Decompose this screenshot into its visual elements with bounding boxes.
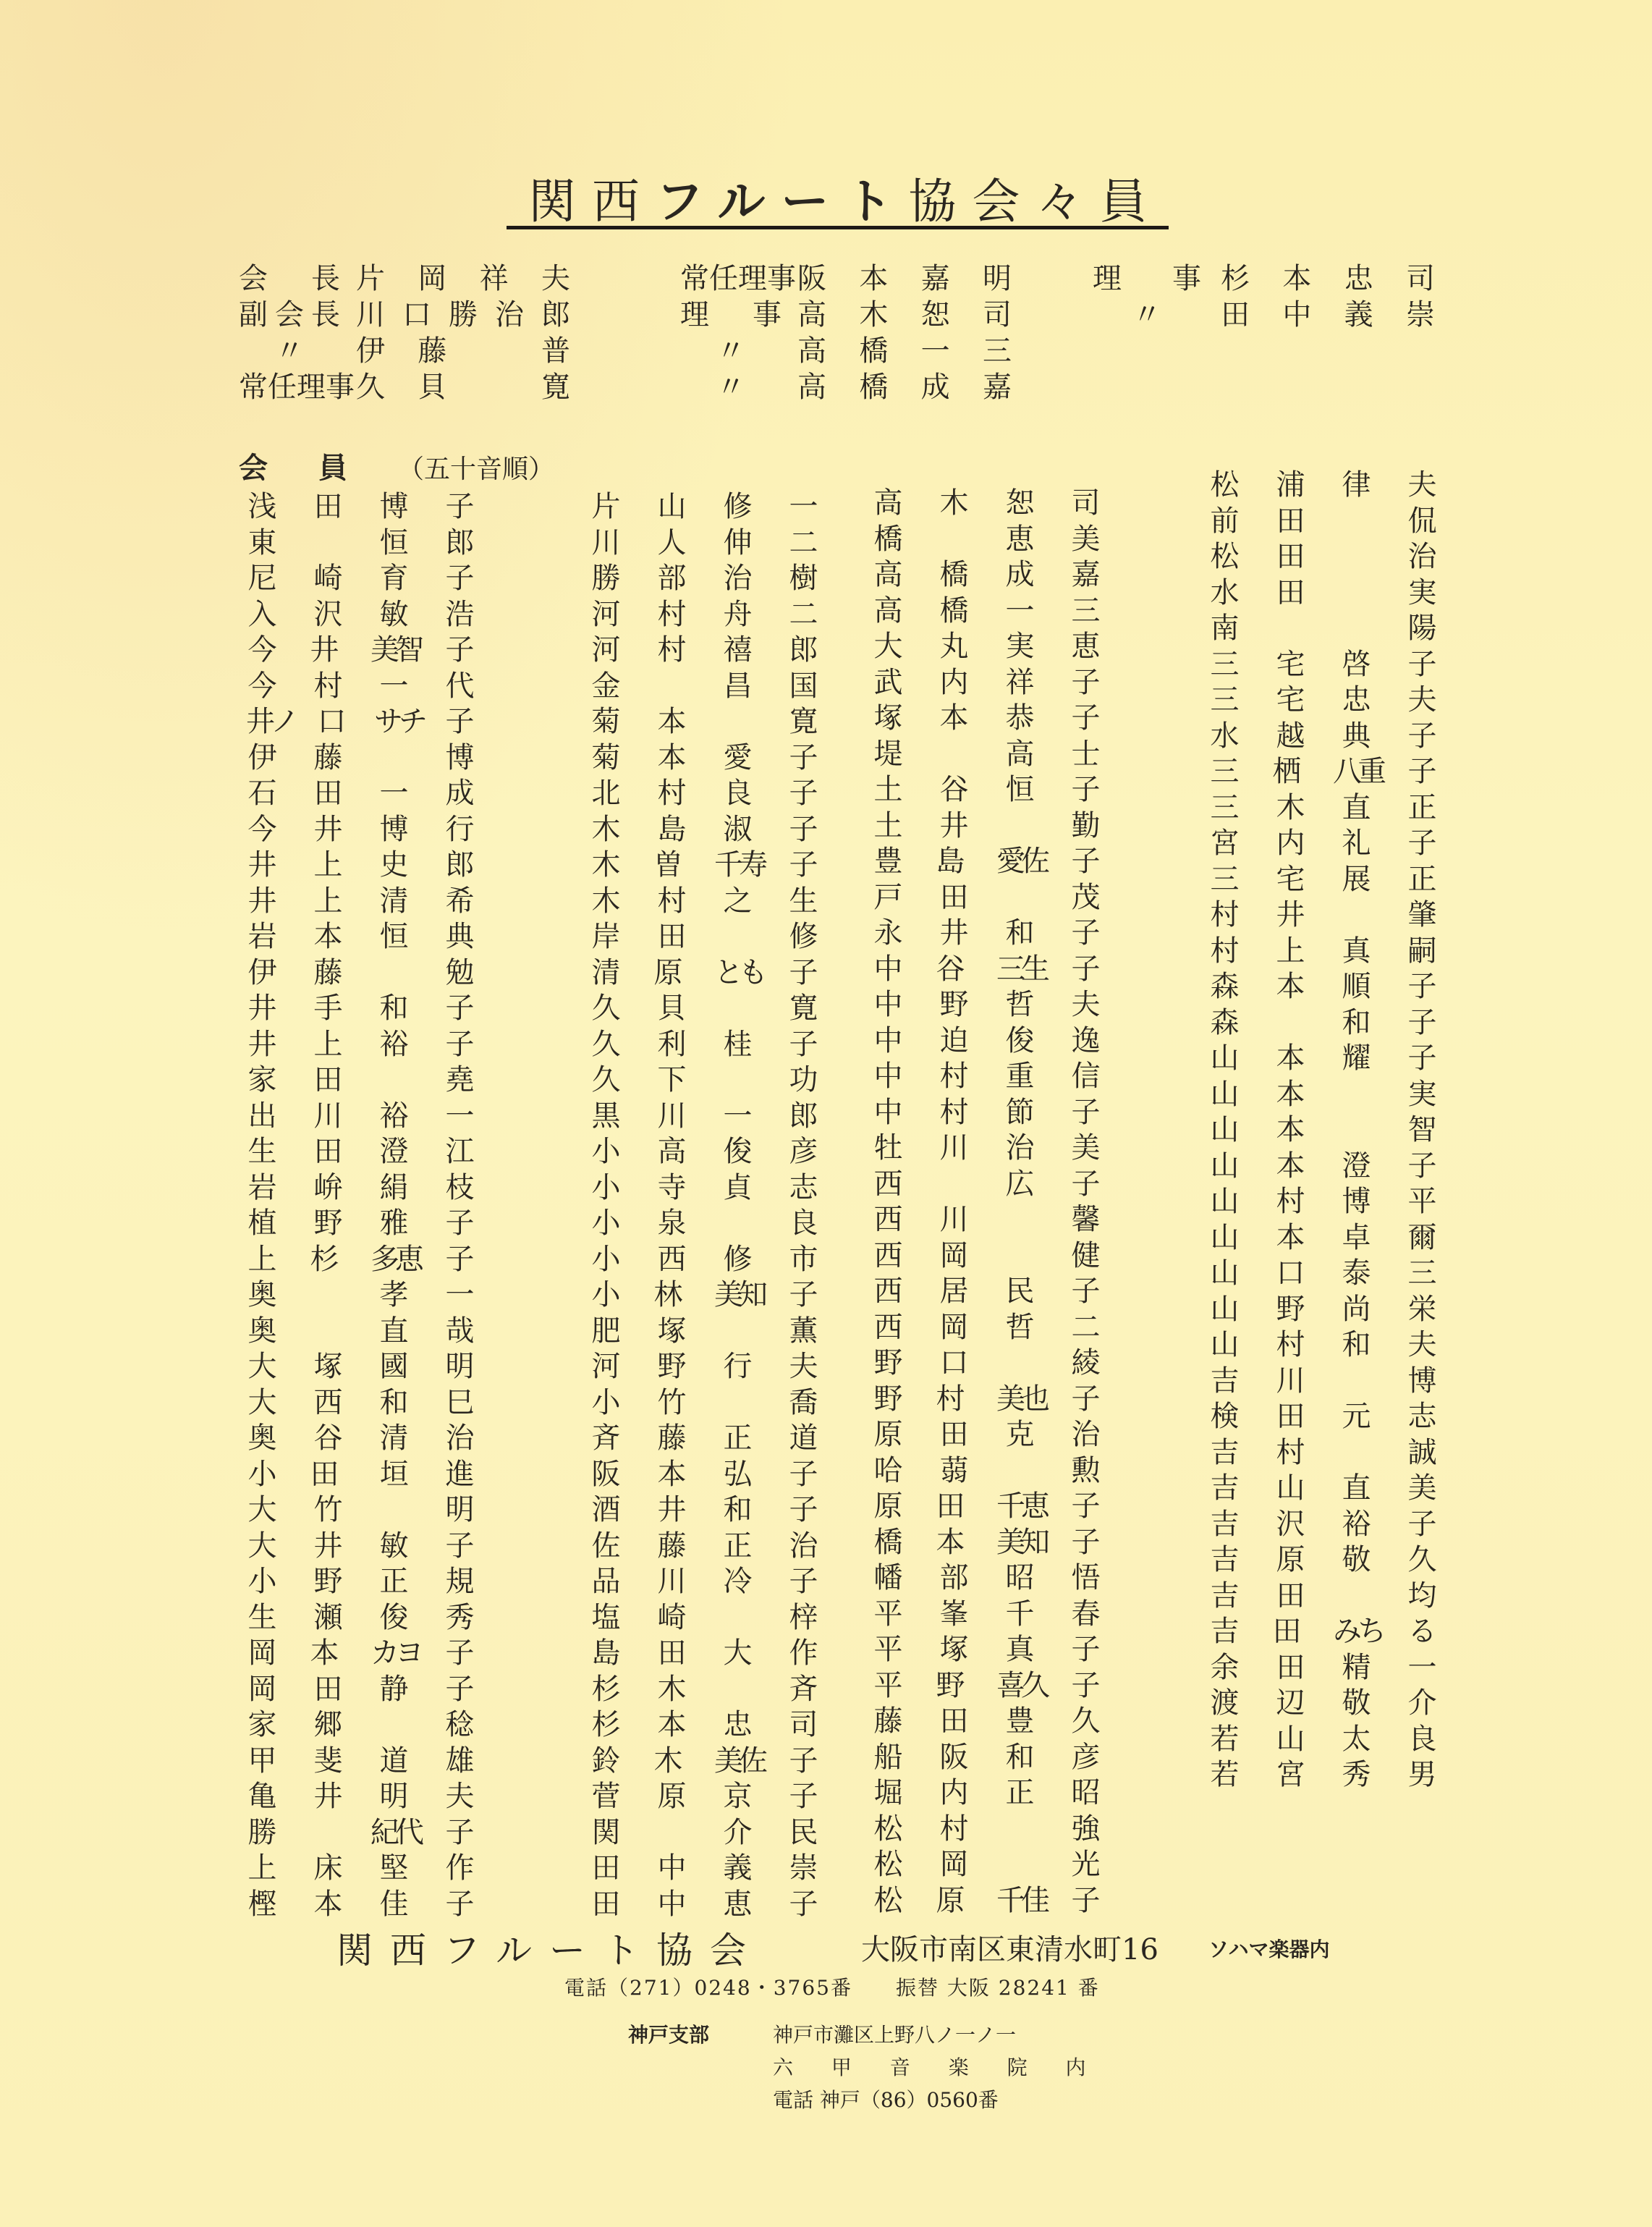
- member-name: 浅田博子: [246, 489, 476, 525]
- member-name: 井手和子: [246, 990, 476, 1026]
- officer-name: 田中義崇: [1219, 297, 1436, 333]
- member-name: 橋本美知子: [872, 1524, 1102, 1560]
- member-name: 大塚國明: [246, 1348, 476, 1385]
- member-name: 伊藤 博: [246, 740, 476, 776]
- member-name: 清原とも子: [590, 955, 820, 991]
- member-name: 野口 綾: [872, 1345, 1102, 1381]
- member-name: 松原千佳子: [872, 1882, 1102, 1919]
- member-name: 塩崎 梓: [590, 1600, 820, 1636]
- member-name: 吉原敬久: [1208, 1542, 1439, 1578]
- member-name: 岡本カヨ子: [246, 1635, 476, 1671]
- member-name: 戸田 茂: [872, 879, 1102, 916]
- kobe-branch-telephone: 電話 神戸（86）0560番: [773, 2084, 999, 2113]
- member-name: 生瀬俊秀: [246, 1600, 476, 1636]
- member-name: 三宅啓子: [1208, 646, 1439, 683]
- officer-name: 高橋成嘉: [796, 369, 1013, 405]
- member-name: 小田垣 進: [246, 1456, 476, 1492]
- member-name: 斉藤正道: [590, 1420, 820, 1456]
- member-name: 関 介民: [590, 1814, 820, 1851]
- member-name: 堤 高士: [872, 736, 1102, 772]
- member-name: 若山太良: [1208, 1721, 1439, 1757]
- member-name: 島田大作: [590, 1635, 820, 1671]
- member-name: 南 陽: [1208, 610, 1439, 646]
- members-heading-label: 会員: [239, 452, 398, 485]
- officer-name: 川口勝治郎: [355, 297, 572, 333]
- member-name: 小林美知子: [590, 1277, 820, 1313]
- member-name: 河野行夫: [590, 1348, 820, 1385]
- member-name: 塚本恭子: [872, 700, 1102, 736]
- member-name: 吉田みちる: [1208, 1613, 1439, 1649]
- member-name: 佐藤正治: [590, 1528, 820, 1564]
- officer-role: 〃: [680, 369, 781, 405]
- officer-name: 高木恕司: [796, 297, 1013, 333]
- member-name: 永井和子: [872, 915, 1102, 951]
- member-name: 水田 実: [1208, 575, 1439, 611]
- member-name: 高木恕司: [872, 485, 1102, 521]
- member-name: 杉木 斉: [590, 1671, 820, 1707]
- member-name: 大丸実恵: [872, 628, 1102, 664]
- footer-org-name: 関西フルート協会: [336, 1922, 763, 1974]
- member-name: 杉本忠司: [590, 1707, 820, 1743]
- member-name: 森 和子: [1208, 1005, 1439, 1041]
- member-name: 井上清希: [246, 883, 476, 919]
- member-name: 宮内礼子: [1208, 825, 1439, 861]
- member-name: 尼崎育子: [246, 560, 476, 596]
- footer-address-note: ソハマ楽器内: [1208, 1934, 1329, 1963]
- kobe-branch-address: 神戸市灘区上野八ノ一ノ一: [773, 2019, 1016, 2048]
- member-name: 井ノ口サチ子: [246, 703, 476, 740]
- member-name: 大西和巳: [246, 1385, 476, 1421]
- member-name: 前田 侃: [1208, 503, 1439, 539]
- member-name: 中村重信: [872, 1058, 1102, 1094]
- member-name: 森本順子: [1208, 968, 1439, 1005]
- member-name: 豊島愛佐子: [872, 843, 1102, 879]
- member-name: 今村一代: [246, 668, 476, 704]
- member-name: 中村節子: [872, 1094, 1102, 1131]
- member-name: 小西修市: [590, 1241, 820, 1277]
- member-name: 植野雅子: [246, 1205, 476, 1241]
- member-name: 土井 勤: [872, 808, 1102, 844]
- members-heading: 会員（五十音順）: [239, 445, 554, 486]
- member-name: 松浦律夫: [1208, 467, 1439, 503]
- officer-name: 伊藤 普: [355, 333, 572, 369]
- member-name: 菊本 寛: [590, 703, 820, 740]
- member-name: 菅原京子: [590, 1778, 820, 1814]
- member-name: 三栖八重子: [1208, 753, 1439, 790]
- member-name: 山野尚栄: [1208, 1291, 1439, 1327]
- officer-role: 〃: [680, 333, 781, 369]
- member-name: 東 恒郎: [246, 525, 476, 561]
- member-name: 中谷三生子: [872, 951, 1102, 987]
- member-name: 大井敏子: [246, 1528, 476, 1564]
- member-name: 川人伸二: [590, 525, 820, 561]
- member-name: 西 広子: [872, 1166, 1102, 1202]
- members-heading-note: （五十音順）: [398, 455, 554, 484]
- member-name: 吉沢裕子: [1208, 1506, 1439, 1542]
- member-name: 石田一成: [246, 775, 476, 811]
- member-name: 入沢敏浩: [246, 596, 476, 633]
- member-name: 西居民子: [872, 1273, 1102, 1309]
- member-name: 木島淑子: [590, 811, 820, 848]
- member-name: 久下 功: [590, 1062, 820, 1098]
- member-name: 高橋成嘉: [872, 557, 1102, 593]
- member-name: 三宅展正: [1208, 861, 1439, 897]
- member-name: 山村和夫: [1208, 1327, 1439, 1363]
- member-name: 肥塚 薫: [590, 1313, 820, 1349]
- member-name: 山本 実: [1208, 1076, 1439, 1112]
- kobe-branch-label: 神戸支部: [628, 2019, 709, 2048]
- member-name: 余田精一: [1208, 1649, 1439, 1686]
- member-name: 吉田 均: [1208, 1578, 1439, 1614]
- member-name: 村上真嗣: [1208, 933, 1439, 969]
- member-name: 岩峅絹枝: [246, 1170, 476, 1206]
- member-name: 西岡 健: [872, 1238, 1102, 1274]
- member-name: 鈴木美佐子: [590, 1743, 820, 1779]
- member-name: 松田 治: [1208, 538, 1439, 575]
- member-name: 西岡哲二: [872, 1309, 1102, 1345]
- officer-role: 会 長: [239, 261, 340, 297]
- member-name: 奥 直哉: [246, 1313, 476, 1349]
- member-name: 小寺貞志: [590, 1170, 820, 1206]
- member-name: 小野正規: [246, 1563, 476, 1600]
- member-name: 山口泰三: [1208, 1255, 1439, 1291]
- title-prefix: 関西: [528, 174, 656, 229]
- member-name: 菊本愛子: [590, 740, 820, 776]
- member-name: 勝部治樹: [590, 560, 820, 596]
- member-name: 阪本弘子: [590, 1456, 820, 1492]
- title-underline: [507, 226, 1169, 229]
- officer-role: 〃: [239, 333, 340, 369]
- member-name: 黒川一郎: [590, 1098, 820, 1134]
- member-name: 井上史郎: [246, 847, 476, 883]
- member-name: 山本耀子: [1208, 1040, 1439, 1076]
- member-name: 中野哲夫: [872, 986, 1102, 1023]
- member-name: 今井美智子: [246, 632, 476, 668]
- member-name: 木曽千寿子: [590, 847, 820, 883]
- member-name: 勝 紀代子: [246, 1814, 476, 1851]
- member-name: 平塚真子: [872, 1631, 1102, 1668]
- officer-name: 久貝 寛: [355, 369, 572, 405]
- member-name: 吉村 誠: [1208, 1434, 1439, 1471]
- member-name: 酒井和子: [590, 1492, 820, 1528]
- member-name: 三木直正: [1208, 790, 1439, 826]
- member-name: 船阪和彦: [872, 1739, 1102, 1775]
- member-name: 井上裕子: [246, 1026, 476, 1062]
- member-name: 岡田静子: [246, 1671, 476, 1707]
- member-name: 吉山直美: [1208, 1470, 1439, 1506]
- member-name: 武内祥子: [872, 664, 1102, 701]
- member-name: 片山修一: [590, 489, 820, 525]
- member-name: 小竹 喬: [590, 1385, 820, 1421]
- officer-name: 片岡祥夫: [355, 261, 572, 297]
- member-name: 木村之生: [590, 883, 820, 919]
- member-name: 渡辺敬介: [1208, 1685, 1439, 1721]
- member-name: 村井 肇: [1208, 897, 1439, 933]
- member-name: 亀井明夫: [246, 1778, 476, 1814]
- member-name: 岸田 修: [590, 918, 820, 955]
- title-suffix: 協会々員: [908, 174, 1163, 229]
- footer-telephone: 電話（271）0248・3765番 振替 大阪 28241 番: [564, 1972, 1100, 2001]
- officer-role: 常任理事: [680, 261, 781, 297]
- member-name: 生田澄江: [246, 1133, 476, 1170]
- member-name: 田中恵子: [590, 1886, 820, 1922]
- member-name: 橋 恵美: [872, 521, 1102, 557]
- member-name: 幡部昭悟: [872, 1560, 1102, 1596]
- page-title: 関西フルート協会々員: [528, 163, 1163, 232]
- officer-role: 理 事: [1093, 261, 1201, 297]
- member-name: 品川冷子: [590, 1563, 820, 1600]
- officer-role: 〃: [1093, 297, 1201, 333]
- officer-role: 常任理事: [239, 369, 340, 405]
- kobe-branch-venue: 六 甲 音 楽 院 内: [773, 2052, 1102, 2081]
- member-name: 大竹 明: [246, 1492, 476, 1528]
- member-name: 西川 馨: [872, 1201, 1102, 1238]
- member-name: 原田克治: [872, 1416, 1102, 1453]
- member-name: 甲斐道雄: [246, 1743, 476, 1779]
- member-name: 奥 孝一: [246, 1277, 476, 1313]
- member-name: 家郷 稔: [246, 1707, 476, 1743]
- member-name: 山本 智: [1208, 1112, 1439, 1148]
- member-name: 小高俊彦: [590, 1133, 820, 1170]
- member-name: 若宮秀男: [1208, 1757, 1439, 1793]
- member-name: 奥谷清治: [246, 1420, 476, 1456]
- member-name: 河村禧郎: [590, 632, 820, 668]
- member-name: 原田千恵子: [872, 1488, 1102, 1524]
- officer-name: 杉本忠司: [1219, 261, 1436, 297]
- member-name: 堀内正昭: [872, 1775, 1102, 1811]
- member-name: 哈蒻 勲: [872, 1453, 1102, 1489]
- member-name: 河村舟二: [590, 596, 820, 633]
- member-name: 牡川治美: [872, 1130, 1102, 1166]
- member-name: 岩本恒典: [246, 918, 476, 955]
- member-name: 久利桂子: [590, 1026, 820, 1062]
- member-name: 上床堅作: [246, 1850, 476, 1886]
- member-name: 高橋一三: [872, 593, 1102, 629]
- member-name: 久貝 寛: [590, 990, 820, 1026]
- member-name: 田中義崇: [590, 1850, 820, 1886]
- member-name: 平野喜久子: [872, 1668, 1102, 1704]
- member-name: 山村博平: [1208, 1183, 1439, 1220]
- member-name: 藤田豊久: [872, 1703, 1102, 1739]
- member-name: 平峯千春: [872, 1596, 1102, 1632]
- title-kana: フルート: [656, 174, 908, 229]
- member-name: 金 昌国: [590, 668, 820, 704]
- officer-name: 阪本嘉明: [796, 261, 1013, 297]
- member-name: 北村良子: [590, 775, 820, 811]
- member-name: 水越典子: [1208, 718, 1439, 754]
- member-name: 出川裕一: [246, 1098, 476, 1134]
- member-name: 松村 強: [872, 1811, 1102, 1847]
- member-name: 野村美也子: [872, 1381, 1102, 1417]
- member-name: 山本卓爾: [1208, 1220, 1439, 1256]
- footer-address: 大阪市南区東清水町16: [861, 1927, 1158, 1968]
- member-name: 三宅忠夫: [1208, 682, 1439, 718]
- officer-role: 理 事: [680, 297, 781, 333]
- officer-role: 副会長: [239, 297, 340, 333]
- member-name: 中迫俊逸: [872, 1023, 1102, 1059]
- member-name: 土谷恒子: [872, 772, 1102, 808]
- member-name: 伊藤 勉: [246, 955, 476, 991]
- member-name: 小泉 良: [590, 1205, 820, 1241]
- member-name: 検田元志: [1208, 1398, 1439, 1434]
- member-name: 樫本佳子: [246, 1886, 476, 1922]
- member-name: 山本澄子: [1208, 1148, 1439, 1184]
- member-name: 松岡 光: [872, 1846, 1102, 1882]
- member-name: 吉川 博: [1208, 1363, 1439, 1399]
- member-name: 家田 堯: [246, 1062, 476, 1098]
- member-name: 上杉多恵子: [246, 1241, 476, 1277]
- officer-name: 高橋一三: [796, 333, 1013, 369]
- member-name: 今井博行: [246, 811, 476, 848]
